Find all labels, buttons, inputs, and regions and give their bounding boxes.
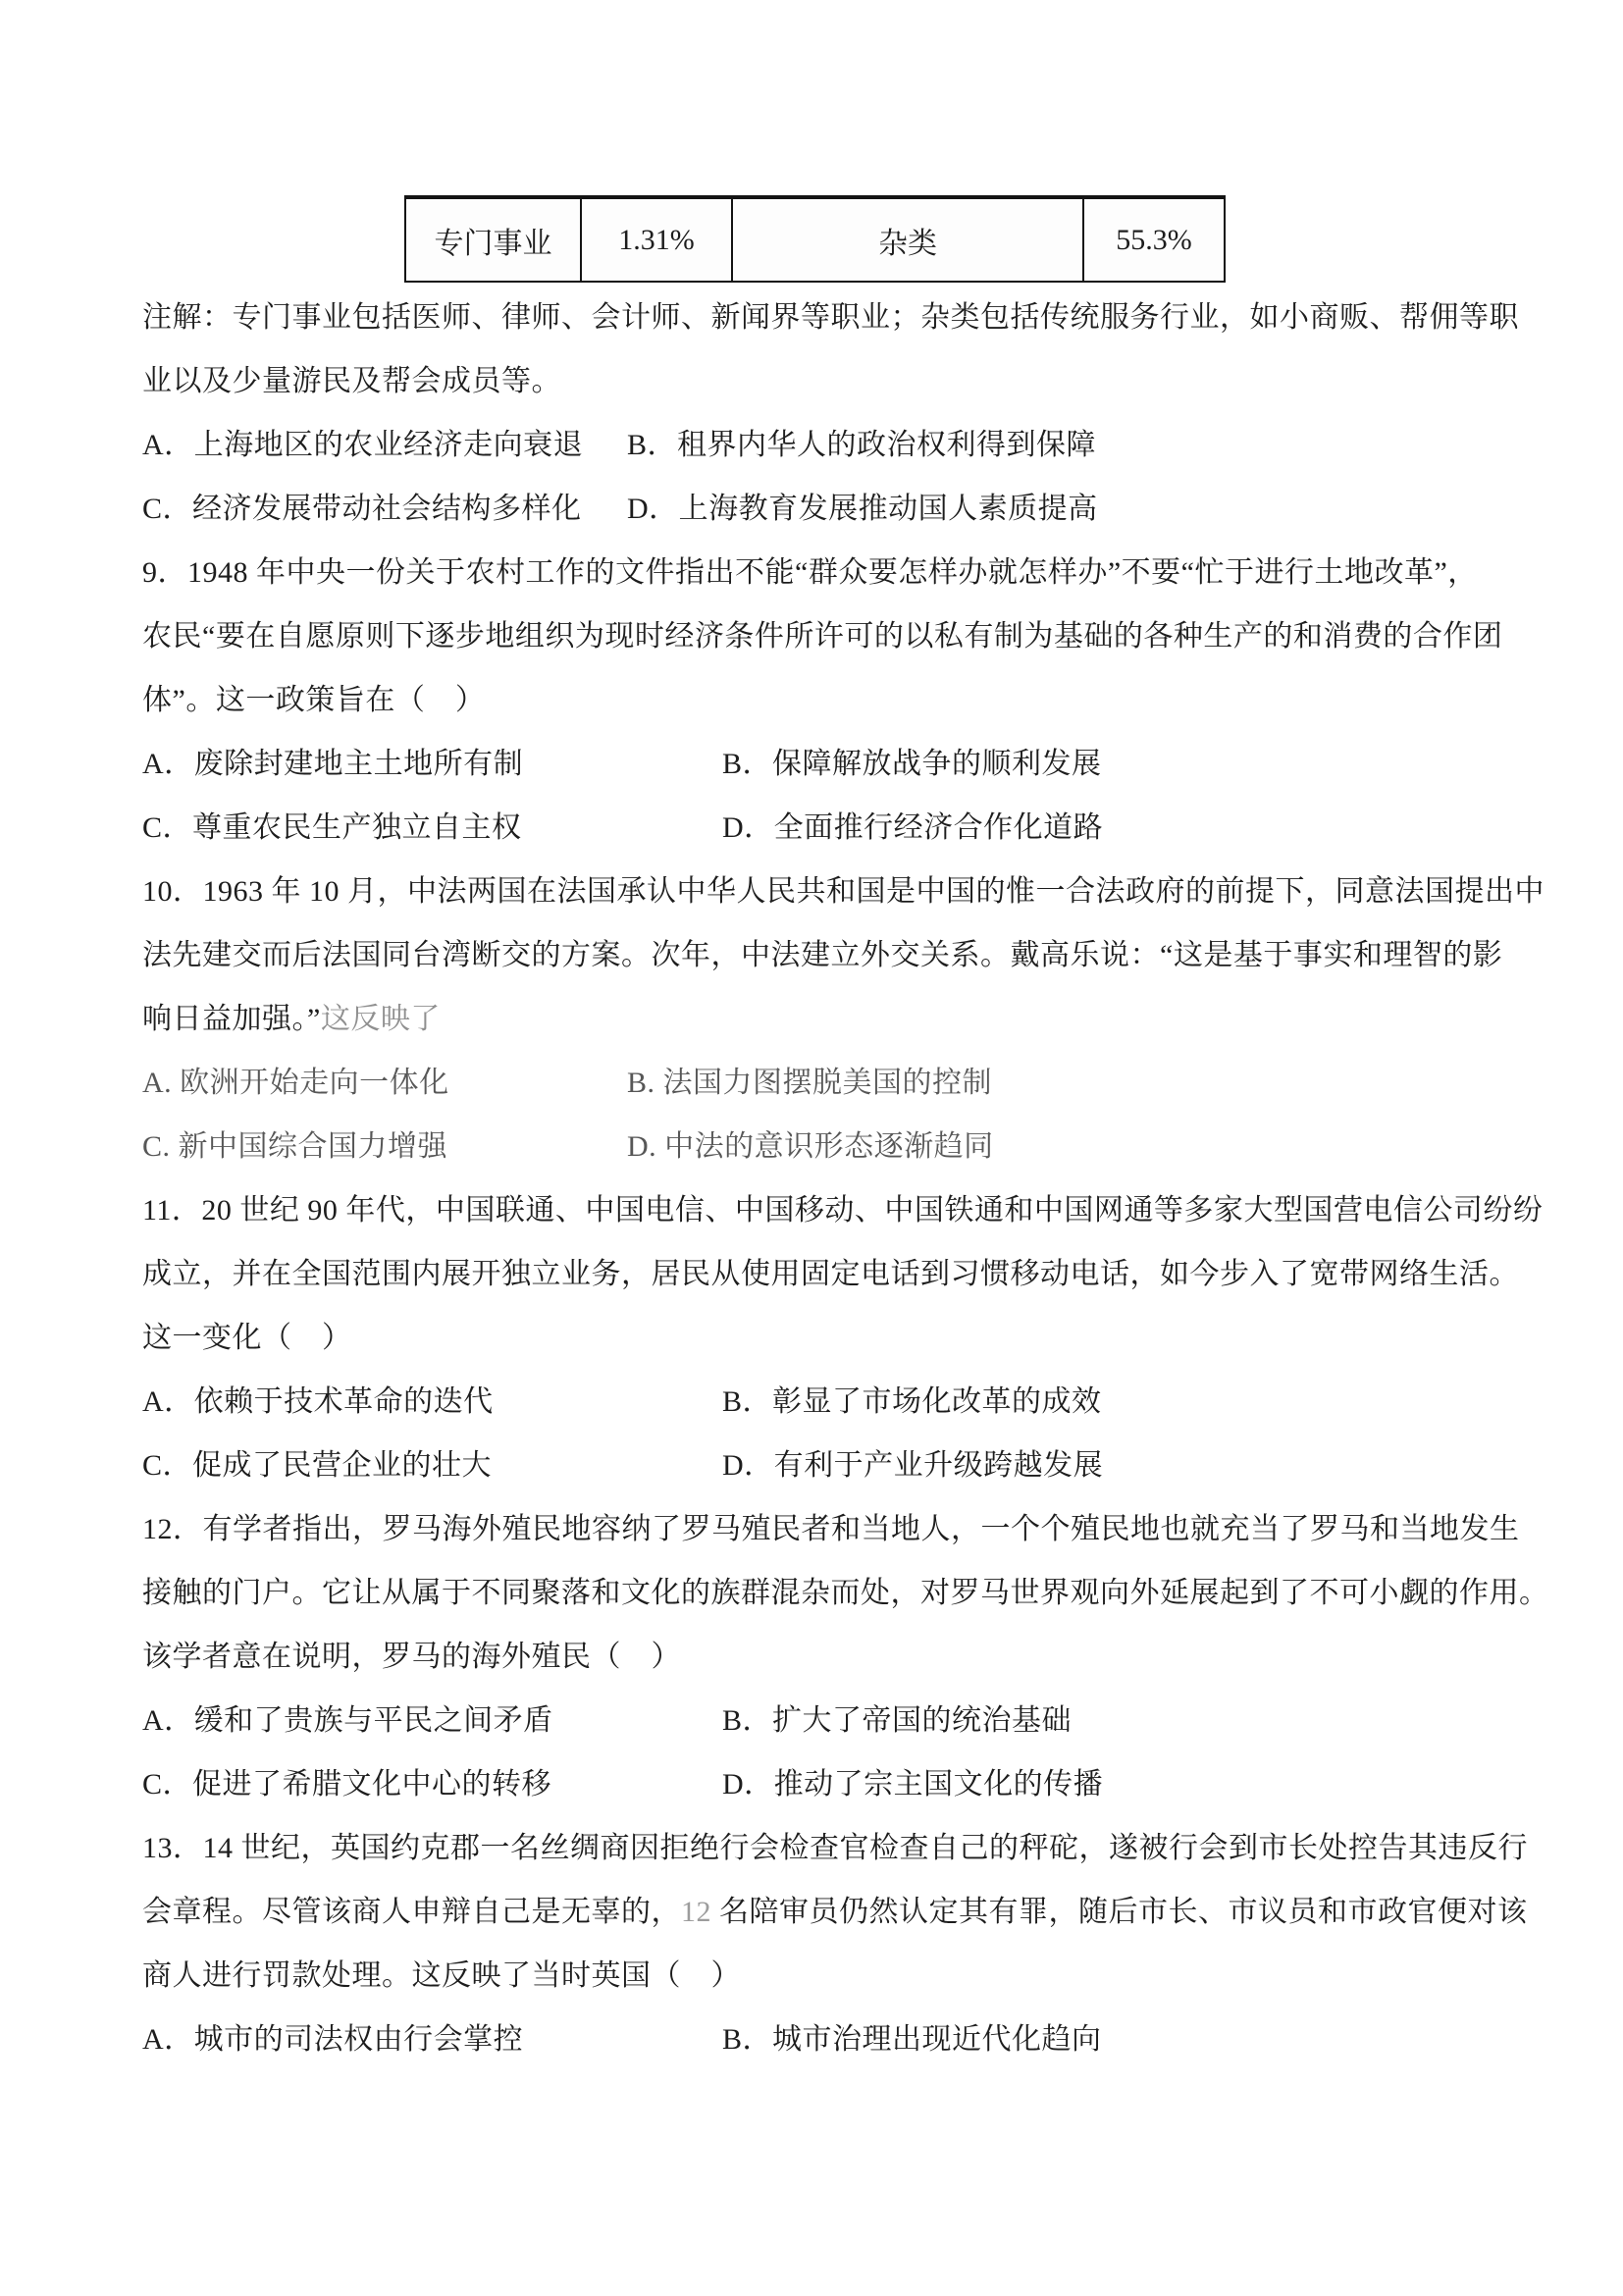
q9-stem-line-3: 体”。这一政策旨在（ ） [142,668,1545,732]
q13-stem-line-1: 13．14 世纪，英国约克郡一名丝绸商因拒绝行会检查官检查自己的秤砣，遂被行会到… [142,1816,1545,1880]
q10-option-c: C. 新中国综合国力增强 [142,1115,627,1178]
q12-stem-line-2: 接触的门户。它让从属于不同聚落和文化的族群混杂而处，对罗马世界观向外延展起到了不… [142,1561,1545,1625]
table-cell-category-1: 专门事业 [406,199,580,281]
exam-body: 注解：专门事业包括医师、律师、会计师、新闻界等职业；杂类包括传统服务行业，如小商… [142,286,1545,2071]
q10-stem-line-3-black: 响日益加强。” [142,1003,321,1035]
q13-stem-line-2-pre: 会章程。尽管该商人申辩自己是无辜的， [142,1896,681,1928]
q13-juror-count: 12 [681,1896,711,1928]
q13-stem-line-2: 会章程。尽管该商人申辩自己是无辜的，12 名陪审员仍然认定其有罪，随后市长、市议… [142,1880,1545,1944]
q12-options-row-ab: A．缓和了贵族与平民之间矛盾B．扩大了帝国的统治基础 [142,1689,1545,1752]
q12-stem-line-3: 该学者意在说明，罗马的海外殖民（ ） [142,1625,1545,1689]
q11-option-a: A．依赖于技术革命的迭代 [142,1370,722,1434]
q10-option-d: D. 中法的意识形态逐渐趋同 [627,1130,994,1163]
table-note-line-2: 业以及少量游民及帮会成员等。 [142,349,1545,413]
q11-stem-line-3: 这一变化（ ） [142,1306,1545,1370]
q8-option-c: C．经济发展带动社会结构多样化 [142,477,627,541]
q10-stem-line-3: 响日益加强。”这反映了 [142,987,1545,1051]
q8-options-row-cd: C．经济发展带动社会结构多样化D．上海教育发展推动国人素质提高 [142,477,1545,541]
q10-option-a: A. 欧洲开始走向一体化 [142,1051,627,1115]
table-cell-value-2: 55.3% [1082,199,1224,281]
q12-option-c: C．促进了希腊文化中心的转移 [142,1752,722,1816]
q13-stem-line-2-post: 名陪审员仍然认定其有罪，随后市长、市议员和市政官便对该 [711,1896,1528,1928]
q11-stem-line-1: 11．20 世纪 90 年代，中国联通、中国电信、中国移动、中国铁通和中国网通等… [142,1178,1545,1242]
q11-options-row-ab: A．依赖于技术革命的迭代B．彰显了市场化改革的成效 [142,1370,1545,1434]
q12-option-a: A．缓和了贵族与平民之间矛盾 [142,1689,722,1752]
table-cell-category-2: 杂类 [731,199,1082,281]
q11-option-b: B．彰显了市场化改革的成效 [722,1385,1102,1418]
q9-options-row-cd: C．尊重农民生产独立自主权D．全面推行经济合作化道路 [142,796,1545,860]
q12-option-b: B．扩大了帝国的统治基础 [722,1704,1072,1737]
q11-option-d: D．有利于产业升级跨越发展 [722,1449,1103,1482]
q11-options-row-cd: C．促成了民营企业的壮大D．有利于产业升级跨越发展 [142,1434,1545,1497]
q11-option-c: C．促成了民营企业的壮大 [142,1434,722,1497]
q9-stem-line-1: 9．1948 年中央一份关于农村工作的文件指出不能“群众要怎样办就怎样办”不要“… [142,541,1545,604]
q13-option-a: A．城市的司法权由行会掌控 [142,2008,722,2071]
q9-option-d: D．全面推行经济合作化道路 [722,811,1103,844]
q13-options-row-ab: A．城市的司法权由行会掌控B．城市治理出现近代化趋向 [142,2008,1545,2071]
q10-options-row-cd: C. 新中国综合国力增强D. 中法的意识形态逐渐趋同 [142,1115,1545,1178]
q12-stem-line-1: 12．有学者指出，罗马海外殖民地容纳了罗马殖民者和当地人，一个个殖民地也就充当了… [142,1497,1545,1561]
q11-stem-line-2: 成立，并在全国范围内展开独立业务，居民从使用固定电话到习惯移动电话，如今步入了宽… [142,1242,1545,1306]
q9-option-a: A．废除封建地主土地所有制 [142,732,722,796]
table-note-line-1: 注解：专门事业包括医师、律师、会计师、新闻界等职业；杂类包括传统服务行业，如小商… [142,286,1545,349]
q9-options-row-ab: A．废除封建地主土地所有制B．保障解放战争的顺利发展 [142,732,1545,796]
q8-option-a: A．上海地区的农业经济走向衰退 [142,413,627,477]
q12-options-row-cd: C．促进了希腊文化中心的转移D．推动了宗主国文化的传播 [142,1752,1545,1816]
q9-stem-line-2: 农民“要在自愿原则下逐步地组织为现时经济条件所许可的以私有制为基础的各种生产的和… [142,604,1545,668]
q9-option-c: C．尊重农民生产独立自主权 [142,796,722,860]
occupation-table: 专门事业 1.31% 杂类 55.3% [404,195,1226,283]
q10-stem-line-1: 10．1963 年 10 月，中法两国在法国承认中华人民共和国是中国的惟一合法政… [142,860,1545,923]
q10-stem-line-3-gray: 这反映了 [321,1003,441,1035]
q9-option-b: B．保障解放战争的顺利发展 [722,748,1102,780]
q13-option-b: B．城市治理出现近代化趋向 [722,2023,1102,2056]
q8-option-b: B．租界内华人的政治权利得到保障 [627,429,1096,461]
q10-option-b: B. 法国力图摆脱美国的控制 [627,1067,992,1099]
q10-stem-line-2: 法先建交而后法国同台湾断交的方案。次年，中法建立外交关系。戴高乐说：“这是基于事… [142,923,1545,987]
q8-options-row-ab: A．上海地区的农业经济走向衰退B．租界内华人的政治权利得到保障 [142,413,1545,477]
q10-options-row-ab: A. 欧洲开始走向一体化B. 法国力图摆脱美国的控制 [142,1051,1545,1115]
q12-option-d: D．推动了宗主国文化的传播 [722,1768,1103,1800]
q13-stem-line-3: 商人进行罚款处理。这反映了当时英国（ ） [142,1944,1545,2008]
table-cell-value-1: 1.31% [580,199,731,281]
q8-option-d: D．上海教育发展推动国人素质提高 [627,493,1098,525]
